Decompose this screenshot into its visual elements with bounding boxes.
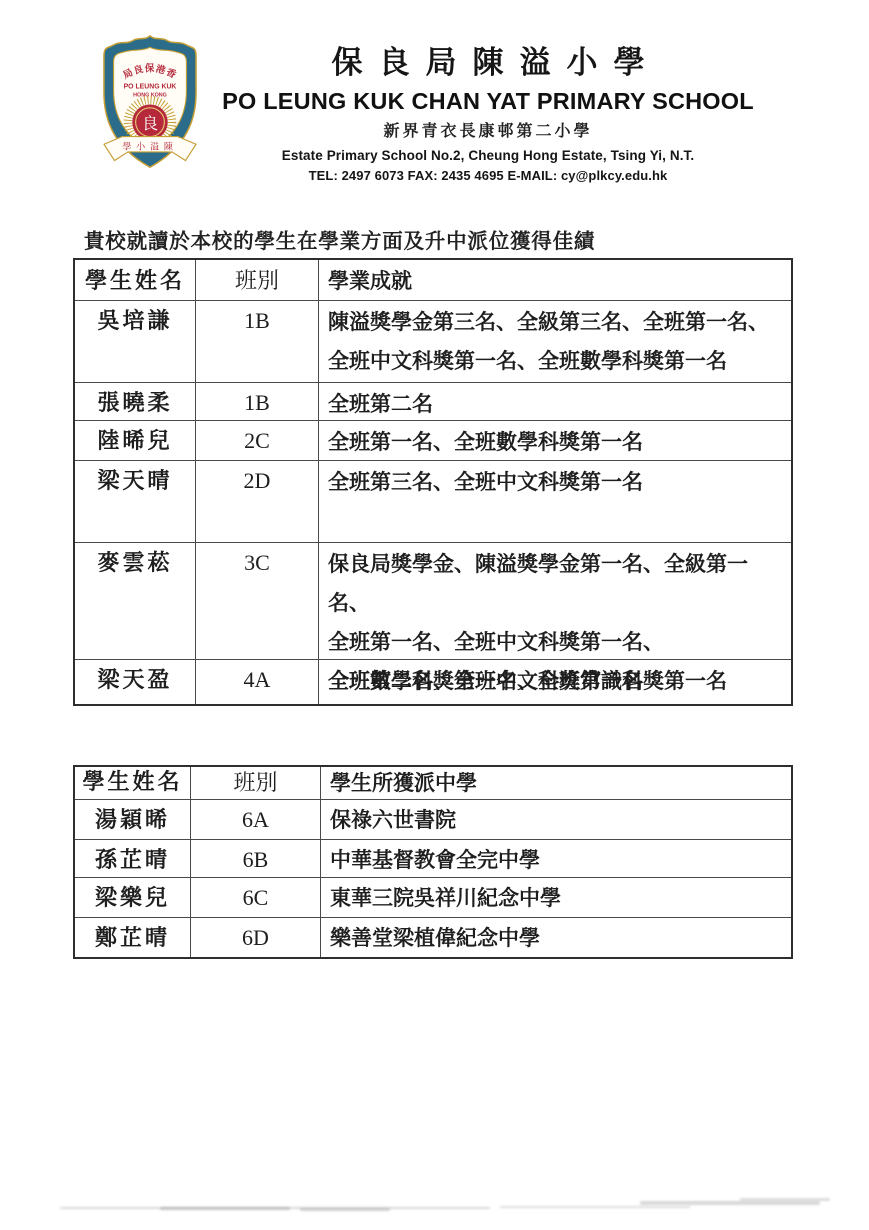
class-name-cell: 2C bbox=[196, 421, 319, 461]
header-achievement: 學業成就 bbox=[319, 260, 791, 300]
table-row: 麥雲菘3C保良局獎學金、陳溢獎學金第一名、全級第一名、 全班第一名、全班中文科獎… bbox=[75, 542, 791, 659]
table-row: 湯穎晞6A保祿六世書院 bbox=[75, 799, 791, 839]
header-class: 班別 bbox=[191, 767, 321, 799]
achievement-cell: 全班第二名、全班中文科獎第一名 bbox=[319, 660, 791, 704]
table-row: 鄭芷晴6D樂善堂梁植偉紀念中學 bbox=[75, 917, 791, 957]
address-english: Estate Primary School No.2, Cheung Hong … bbox=[108, 147, 868, 164]
intro-sentence: 貴校就讀於本校的學生在學業方面及升中派位獲得佳績 bbox=[84, 224, 595, 254]
table-row: 張曉柔1B全班第二名 bbox=[75, 382, 791, 420]
name-cell: 梁天晴 bbox=[75, 461, 196, 542]
scan-artifact bbox=[160, 1207, 290, 1210]
placement-table: 學生姓名 班別 學生所獲派中學 湯穎晞6A保祿六世書院孫芷晴6B中華基督教會全完… bbox=[73, 765, 793, 959]
scan-artifact bbox=[300, 1208, 390, 1211]
header-student-name: 學生姓名 bbox=[75, 767, 191, 799]
class-name-cell: 6D bbox=[191, 918, 321, 957]
achievement-cell: 全班第三名、全班中文科獎第一名 bbox=[319, 461, 791, 542]
table-row: 梁天盈4A全班第二名、全班中文科獎第一名 bbox=[75, 659, 791, 704]
achievement-cell: 全班第二名 bbox=[319, 383, 791, 423]
scan-artifact bbox=[740, 1198, 830, 1201]
header-allocated-school: 學生所獲派中學 bbox=[321, 767, 791, 799]
name-cell: 梁樂兒 bbox=[75, 878, 191, 917]
class-name-cell: 2D bbox=[196, 461, 319, 542]
achievement-cell: 全班第一名、全班數學科獎第一名 bbox=[319, 421, 791, 461]
class-name-cell: 6C bbox=[191, 878, 321, 917]
school-cell: 樂善堂梁植偉紀念中學 bbox=[321, 918, 791, 957]
table-row: 孫芷晴6B中華基督教會全完中學 bbox=[75, 839, 791, 877]
table-row: 陸晞兒2C全班第一名、全班數學科獎第一名 bbox=[75, 420, 791, 460]
address-chinese: 新界青衣長康邨第二小學 bbox=[108, 121, 868, 141]
class-name-cell: 4A bbox=[196, 660, 319, 704]
school-cell: 中華基督教會全完中學 bbox=[321, 840, 791, 877]
table-row: 梁樂兒6C東華三院吳祥川紀念中學 bbox=[75, 877, 791, 917]
school-cell: 保祿六世書院 bbox=[321, 800, 791, 839]
school-name-chinese: 保良局陳溢小學 bbox=[108, 46, 868, 80]
name-cell: 陸晞兒 bbox=[75, 421, 196, 461]
class-name-cell: 6A bbox=[191, 800, 321, 839]
class-name-cell: 1B bbox=[196, 383, 319, 423]
table-row: 吳培謙1B陳溢獎學金第三名、全級第三名、全班第一名、 全班中文科獎第一名、全班數… bbox=[75, 300, 791, 382]
school-cell: 東華三院吳祥川紀念中學 bbox=[321, 878, 791, 917]
achievement-cell: 陳溢獎學金第三名、全級第三名、全班第一名、 全班中文科獎第一名、全班數學科獎第一… bbox=[319, 301, 791, 382]
name-cell: 孫芷晴 bbox=[75, 840, 191, 877]
class-name-cell: 6B bbox=[191, 840, 321, 877]
table-row: 梁天晴2D全班第三名、全班中文科獎第一名 bbox=[75, 460, 791, 542]
table-header-row: 學生姓名 班別 學生所獲派中學 bbox=[75, 767, 791, 799]
scanned-letter-page: 局良保港香 PO LEUNG KUK HONG KONG 良 學小溢陳 保良局陳… bbox=[0, 0, 869, 1230]
contact-line: TEL: 2497 6073 FAX: 2435 4695 E-MAIL: cy… bbox=[108, 168, 868, 184]
academic-achievement-table: 學生姓名 班別 學業成就 吳培謙1B陳溢獎學金第三名、全級第三名、全班第一名、 … bbox=[73, 258, 793, 706]
scan-artifact bbox=[500, 1206, 690, 1208]
class-name-cell: 1B bbox=[196, 301, 319, 382]
letterhead: 保良局陳溢小學 PO LEUNG KUK CHAN YAT PRIMARY SC… bbox=[108, 46, 868, 184]
school-name-english: PO LEUNG KUK CHAN YAT PRIMARY SCHOOL bbox=[108, 88, 868, 114]
name-cell: 吳培謙 bbox=[75, 301, 196, 382]
scan-artifact bbox=[640, 1201, 820, 1205]
name-cell: 湯穎晞 bbox=[75, 800, 191, 839]
table-header-row: 學生姓名 班別 學業成就 bbox=[75, 260, 791, 300]
header-class: 班別 bbox=[196, 260, 319, 300]
name-cell: 張曉柔 bbox=[75, 383, 196, 423]
name-cell: 鄭芷晴 bbox=[75, 918, 191, 957]
header-student-name: 學生姓名 bbox=[75, 260, 196, 300]
name-cell: 梁天盈 bbox=[75, 660, 196, 704]
